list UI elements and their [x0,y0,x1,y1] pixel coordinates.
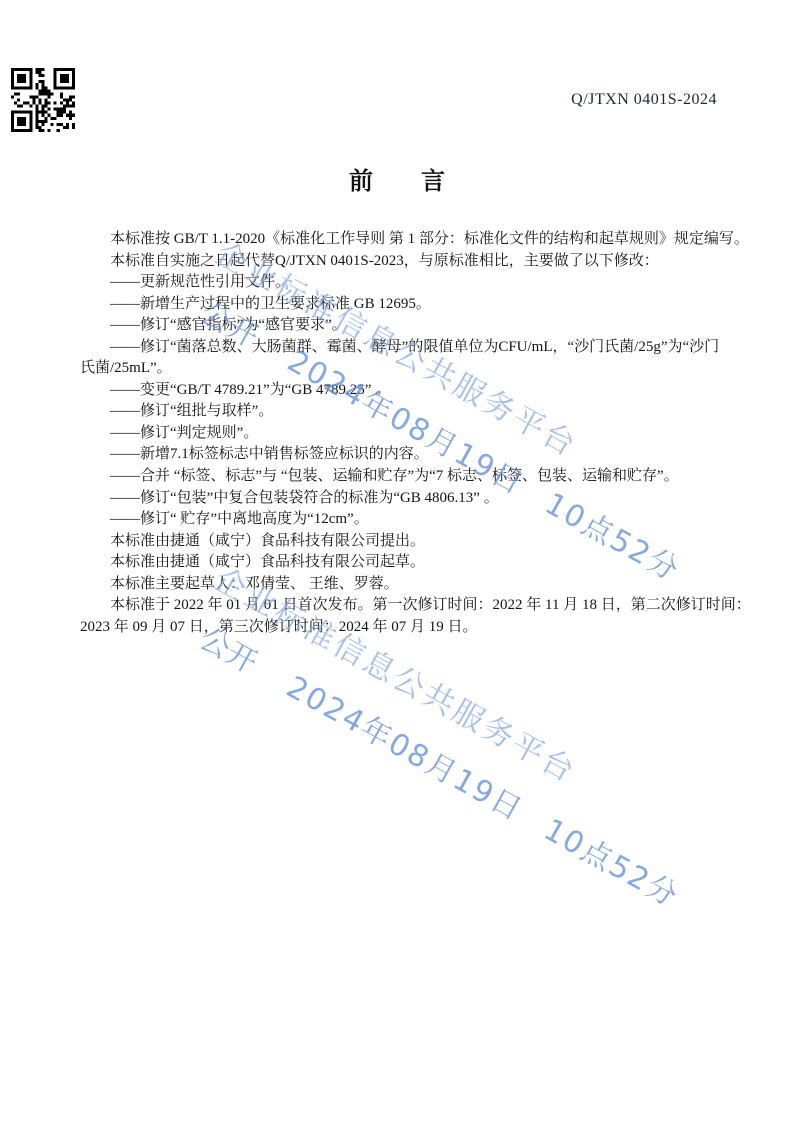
paragraph-line: ——修订“判定规则”。 [80,423,746,445]
paragraph-line: ——修订“菌落总数、大肠菌群、霉菌、酵母”的限值单位为CFU/mL，“沙门氏菌/… [80,337,746,359]
paragraph-line: 本标准主要起草人：邓倩莹、 王维、罗蓉。 [80,574,746,596]
paragraph-line: 本标准由捷通（咸宁）食品科技有限公司起草。 [80,552,746,574]
page-title: 前 言 [0,161,794,196]
paragraph-line: ——更新规范性引用文件。 [80,272,746,294]
qr-code-icon [11,68,75,132]
paragraph-line: 本标准于 2022 年 01 月 01 日首次发布。第一次修订时间：2022 年… [80,595,746,617]
paragraph-line: 本标准由捷通（咸宁）食品科技有限公司提出。 [80,531,746,553]
paragraph-line: 2023 年 09 月 07 日，第三次修订时间：2024 年 07 月 19 … [80,617,746,639]
document-page: Q/JTXN 0401S-2024 前 言 本标准按 GB/T 1.1-2020… [0,0,794,1123]
watermark-date-text: 2024年08月19日 [280,670,528,828]
standard-number: Q/JTXN 0401S-2024 [571,91,717,109]
watermark-stamp-line: 公开 2024年08月19日 10点52分 [179,614,684,914]
paragraph-line: ——新增生产过程中的卫生要求标准 GB 12695。 [80,294,746,316]
paragraph-line: ——修订“包装”中复合包装袋符合的标准为“GB 4806.13” 。 [80,488,746,510]
paragraph-line: ——修订“感官指标”为“感官要求”。 [80,315,746,337]
paragraph-line: ——新增7.1标签标志中销售标签应标识的内容。 [80,444,746,466]
foreword-body: 本标准按 GB/T 1.1-2020《标准化工作导则 第 1 部分：标准化文件的… [80,229,746,638]
paragraph-line: 氏菌/25mL”。 [80,358,746,380]
paragraph-line: ——修订“组批与取样”。 [80,401,746,423]
watermark-time-text: 10点52分 [538,813,684,915]
paragraph-line: 本标准按 GB/T 1.1-2020《标准化工作导则 第 1 部分：标准化文件的… [80,229,746,251]
paragraph-line: ——修订“ 贮存”中离地高度为“12cm”。 [80,509,746,531]
paragraph-line: ——变更“GB/T 4789.21”为“GB 4789.25” 。 [80,380,746,402]
paragraph-line: ——合并 “标签、标志”与 “包装、运输和贮存”为“7 标志、标签、包装、运输和… [80,466,746,488]
paragraph-line: 本标准自实施之日起代替Q/JTXN 0401S-2023，与原标准相比，主要做了… [80,251,746,273]
